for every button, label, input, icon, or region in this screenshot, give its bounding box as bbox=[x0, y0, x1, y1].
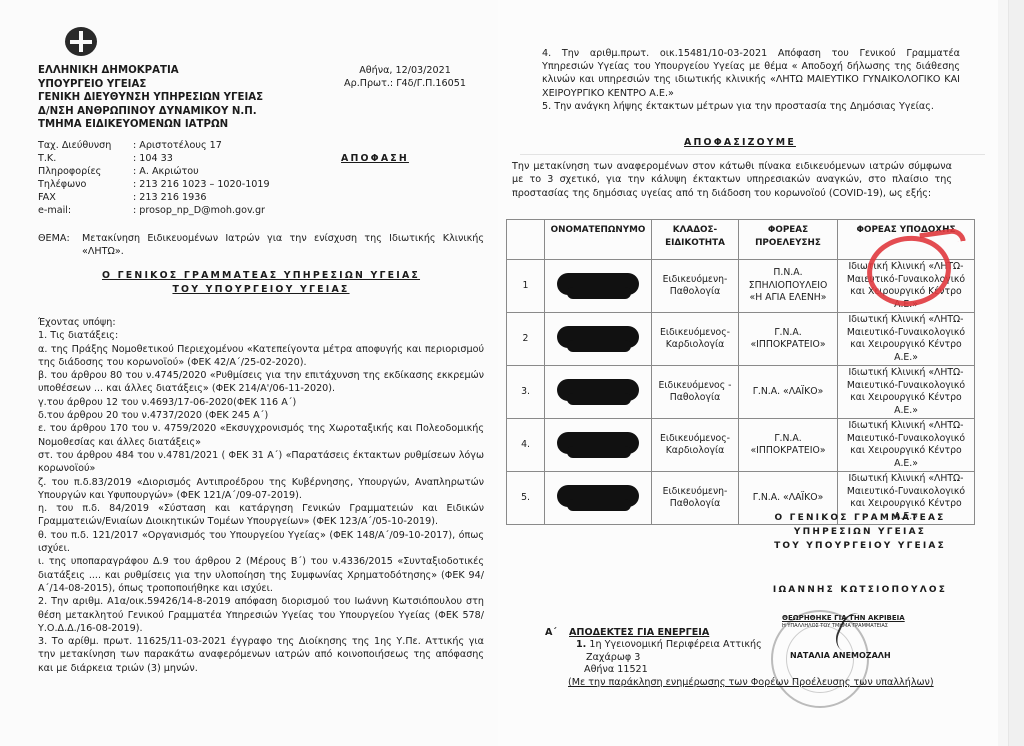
row-number: 2 bbox=[507, 313, 545, 366]
contact-value: : 213 216 1936 bbox=[133, 191, 206, 204]
signature-title-line: Ο ΓΕΝΙΚΟΣ ΓΡΑΜΜΑΤΕΑΣ bbox=[725, 511, 995, 525]
authority-title: Ο ΓΕΝΙΚΟΣ ΓΡΑΜΜΑΤΕΑΣ ΥΠΗΡΕΣΙΩΝ ΥΓΕΙΑΣ ΤΟ… bbox=[38, 269, 484, 297]
origin-cell: Γ.Ν.Α. «ΙΠΠΟΚΡΑΤΕΙΟ» bbox=[739, 419, 838, 472]
redaction-mark bbox=[557, 485, 639, 507]
host-cell: Ιδιωτική Κλινική «ΛΗΤΩ-Μαιευτικό-Γυναικο… bbox=[838, 313, 975, 366]
contact-value: : Αριστοτέλους 17 bbox=[133, 139, 222, 152]
recipients-marker: Α΄ bbox=[545, 626, 557, 639]
consideration-item: ι. της υποπαραγράφου Δ.9 του άρθρου 2 (Μ… bbox=[38, 555, 484, 595]
consideration-item: γ.του άρθρου 12 του ν.4693/17-06-2020(ΦΕ… bbox=[38, 396, 484, 409]
contact-row: FAX: 213 216 1936 bbox=[38, 191, 338, 204]
signatory-name: ΙΩΑΝΝΗΣ ΚΩΤΣΙΟΠΟΥΛΟΣ bbox=[760, 585, 960, 595]
contact-block: Ταχ. Διεύθυνση: Αριστοτέλους 17 Τ.Κ.: 10… bbox=[38, 139, 338, 217]
table-row: 3.Ειδικευόμενος - ΠαθολογίαΓ.Ν.Α. «ΛΑΪΚΟ… bbox=[507, 366, 975, 419]
subject-label: ΘΕΜΑ: bbox=[38, 232, 82, 258]
subject-text: Μετακίνηση Ειδικευομένων Ιατρών για την … bbox=[82, 232, 484, 258]
contact-value: : 213 216 1023 – 1020-1019 bbox=[133, 178, 270, 191]
consideration-item: 1. Τις διατάξεις: bbox=[38, 329, 484, 342]
row-number: 3. bbox=[507, 366, 545, 419]
letterhead-line: Δ/ΝΣΗ ΑΝΘΡΩΠΙΝΟΥ ΔΥΝΑΜΙΚΟΥ Ν.Π. bbox=[38, 105, 298, 119]
redaction-mark bbox=[557, 379, 639, 401]
col-header-origin: ΦΟΡΕΑΣ ΠΡΟΕΛΕΥΣΗΣ bbox=[739, 220, 838, 260]
col-header-specialty: ΚΛΑΔΟΣ-ΕΙΔΙΚΟΤΗΤΑ bbox=[652, 220, 739, 260]
origin-cell: Γ.Ν.Α. «ΙΠΠΟΚΡΑΤΕΙΟ» bbox=[739, 313, 838, 366]
redaction-mark bbox=[557, 432, 639, 454]
consideration-item: στ. του άρθρου 484 του ν.4781/2021 ( ΦΕΚ… bbox=[38, 449, 484, 476]
authority-title-line: Ο ΓΕΝΙΚΟΣ ΓΡΑΜΜΑΤΕΑΣ ΥΠΗΡΕΣΙΩΝ ΥΓΕΙΑΣ bbox=[38, 269, 484, 283]
stamp-name: ΝΑΤΑΛΙΑ ΑΝΕΜΟΖΑΛΗ bbox=[790, 651, 910, 660]
col-header-num bbox=[507, 220, 545, 260]
decision-title: ΑΠΟΦΑΣΗ bbox=[340, 153, 410, 164]
recipient-line: Ζαχάρωφ 3 bbox=[576, 652, 796, 665]
contact-label: e-mail: bbox=[38, 204, 133, 217]
signature-title-line: ΤΟΥ ΥΠΟΥΡΓΕΙΟΥ ΥΓΕΙΑΣ bbox=[725, 539, 995, 553]
contact-label: Τ.Κ. bbox=[38, 152, 133, 165]
contact-value: : prosop_np_D@moh.gov.gr bbox=[133, 204, 265, 217]
greek-coat-of-arms-icon bbox=[65, 27, 97, 56]
name-cell-redacted bbox=[545, 472, 652, 525]
contact-label: Πληροφορίες bbox=[38, 165, 133, 178]
consideration-item: 4. Την αριθμ.πρωτ. οικ.15481/10-03-2021 … bbox=[542, 47, 960, 100]
contact-label: FAX bbox=[38, 191, 133, 204]
contact-value: : 104 33 bbox=[133, 152, 173, 165]
origin-cell: Γ.Ν.Α. «ΛΑΪΚΟ» bbox=[739, 366, 838, 419]
row-number: 4. bbox=[507, 419, 545, 472]
row-number: 5. bbox=[507, 472, 545, 525]
name-cell-redacted bbox=[545, 419, 652, 472]
signature-title-line: ΥΠΗΡΕΣΙΩΝ ΥΓΕΙΑΣ bbox=[725, 525, 995, 539]
stamp-line: Η ΥΠΑΛΛΗΛΟΣ ΤΟΥ ΤΜΗΜΑ ΓΡΑΜΜΑΤΕΙΑΣ bbox=[782, 623, 912, 630]
subject-block: ΘΕΜΑ: Μετακίνηση Ειδικευομένων Ιατρών γι… bbox=[38, 232, 484, 258]
name-cell-redacted bbox=[545, 313, 652, 366]
letterhead-line: ΕΛΛΗΝΙΚΗ ΔΗΜΟΚΡΑΤΙΑ bbox=[38, 64, 298, 78]
consideration-item: 5. Την ανάγκη λήψης έκτακτων μέτρων για … bbox=[542, 100, 960, 113]
specialty-cell: Ειδικευόμενος - Παθολογία bbox=[652, 366, 739, 419]
considerations-intro: Έχοντας υπόψη: bbox=[38, 316, 484, 329]
consideration-item: δ.του άρθρου 20 του ν.4737/2020 (ΦΕΚ 245… bbox=[38, 409, 484, 422]
name-cell-redacted bbox=[545, 366, 652, 419]
origin-cell: Π.Ν.Α. ΣΠΗΛΙΟΠΟΥΛΕΙΟ «Η ΑΓΙΑ ΕΛΕΝΗ» bbox=[739, 260, 838, 313]
stamp-line: ΘΕΩΡΗΘΗΚΕ ΓΙΑ ΤΗΝ ΑΚΡΙΒΕΙΑ bbox=[782, 614, 912, 623]
contact-row: e-mail:: prosop_np_D@moh.gov.gr bbox=[38, 204, 338, 217]
recipient-block: 1. 1η Υγειονομική Περιφέρεια Αττικής Ζαχ… bbox=[576, 639, 796, 677]
contact-row: Τ.Κ.: 104 33 bbox=[38, 152, 338, 165]
contact-value: : Α. Ακριώτου bbox=[133, 165, 199, 178]
redaction-mark bbox=[557, 326, 639, 348]
decide-title: ΑΠΟΦΑΣΙΖΟΥΜΕ bbox=[680, 137, 800, 148]
specialty-cell: Ειδικευόμενη-Παθολογία bbox=[652, 260, 739, 313]
decide-text: Την μετακίνηση των αναφερομένων στον κάτ… bbox=[512, 160, 952, 200]
recipient-number: 1. bbox=[576, 639, 586, 650]
divider bbox=[520, 154, 985, 155]
consideration-item: θ. του π.δ. 121/2017 «Οργανισμός του Υπο… bbox=[38, 529, 484, 556]
recipient-note: (Με την παράκληση ενημέρωσης των Φορέων … bbox=[568, 676, 934, 689]
letterhead: ΕΛΛΗΝΙΚΗ ΔΗΜΟΚΡΑΤΙΑ ΥΠΟΥΡΓΕΙΟ ΥΓΕΙΑΣ ΓΕΝ… bbox=[38, 64, 298, 132]
contact-label: Ταχ. Διεύθυνση bbox=[38, 139, 133, 152]
consideration-item: ζ. του π.δ.83/2019 «Διορισμός Αντιπροέδρ… bbox=[38, 476, 484, 503]
recipients-title: ΑΠΟΔΕΚΤΕΣ ΓΙΑ ΕΝΕΡΓΕΙΑ bbox=[569, 626, 709, 639]
consideration-item: β. του άρθρου 80 του ν.4745/2020 «Ρυθμίσ… bbox=[38, 369, 484, 396]
table-row: 4.Ειδικευόμενος-ΚαρδιολογίαΓ.Ν.Α. «ΙΠΠΟΚ… bbox=[507, 419, 975, 472]
page-edge bbox=[1008, 0, 1024, 746]
contact-label: Τηλέφωνο bbox=[38, 178, 133, 191]
col-header-name: ΟΝΟΜΑΤΕΠΩΝΥΜΟ bbox=[545, 220, 652, 260]
protocol-number: Αρ.Πρωτ.: Γ4δ/Γ.Π.16051 bbox=[325, 77, 485, 90]
row-number: 1 bbox=[507, 260, 545, 313]
signature-title: Ο ΓΕΝΙΚΟΣ ΓΡΑΜΜΑΤΕΑΣ ΥΠΗΡΕΣΙΩΝ ΥΓΕΙΑΣ ΤΟ… bbox=[725, 511, 995, 553]
letterhead-line: ΓΕΝΙΚΗ ΔΙΕΥΘΥΝΣΗ ΥΠΗΡΕΣΙΩΝ ΥΓΕΙΑΣ bbox=[38, 91, 298, 105]
letterhead-line: ΥΠΟΥΡΓΕΙΟ ΥΓΕΙΑΣ bbox=[38, 78, 298, 92]
host-cell: Ιδιωτική Κλινική «ΛΗΤΩ-Μαιευτικό-Γυναικο… bbox=[838, 366, 975, 419]
authority-title-line: ΤΟΥ ΥΠΟΥΡΓΕΙΟΥ ΥΓΕΙΑΣ bbox=[38, 283, 484, 297]
specialty-cell: Ειδικευόμενος-Καρδιολογία bbox=[652, 419, 739, 472]
consideration-item: ε. του άρθρου 170 του ν. 4759/2020 «Εκσυ… bbox=[38, 422, 484, 449]
contact-row: Πληροφορίες: Α. Ακριώτου bbox=[38, 165, 338, 178]
host-cell: Ιδιωτική Κλινική «ΛΗΤΩ-Μαιευτικό-Γυναικο… bbox=[838, 419, 975, 472]
contact-row: Ταχ. Διεύθυνση: Αριστοτέλους 17 bbox=[38, 139, 338, 152]
recipient-line: Αθήνα 11521 bbox=[576, 664, 796, 677]
consideration-item: η. του π.δ. 84/2019 «Σύσταση και κατάργη… bbox=[38, 502, 484, 529]
redaction-mark bbox=[557, 273, 639, 295]
considerations-continued: 4. Την αριθμ.πρωτ. οικ.15481/10-03-2021 … bbox=[542, 47, 960, 113]
certification-stamp: ΘΕΩΡΗΘΗΚΕ ΓΙΑ ΤΗΝ ΑΚΡΙΒΕΙΑ Η ΥΠΑΛΛΗΛΟΣ Τ… bbox=[782, 614, 912, 630]
considerations-list: Έχοντας υπόψη: 1. Τις διατάξεις: α. της … bbox=[38, 316, 484, 675]
name-cell-redacted bbox=[545, 260, 652, 313]
consideration-item: 3. Το αρίθμ. πρωτ. 11625/11-03-2021 έγγρ… bbox=[38, 635, 484, 675]
date-line: Αθήνα, 12/03/2021 bbox=[325, 64, 485, 77]
date-protocol: Αθήνα, 12/03/2021 Αρ.Πρωτ.: Γ4δ/Γ.Π.1605… bbox=[325, 64, 485, 90]
letterhead-line: ΤΜΗΜΑ ΕΙΔΙΚΕΥΟΜΕΝΩΝ ΙΑΤΡΩΝ bbox=[38, 118, 298, 132]
specialty-cell: Ειδικευόμενος-Καρδιολογία bbox=[652, 313, 739, 366]
contact-row: Τηλέφωνο: 213 216 1023 – 1020-1019 bbox=[38, 178, 338, 191]
consideration-item: α. της Πράξης Νομοθετικού Περιεχομένου «… bbox=[38, 343, 484, 370]
table-row: 2Ειδικευόμενος-ΚαρδιολογίαΓ.Ν.Α. «ΙΠΠΟΚΡ… bbox=[507, 313, 975, 366]
consideration-item: 2. Την αριθμ. Α1α/οικ.59426/14-8-2019 απ… bbox=[38, 595, 484, 635]
recipient-line: 1η Υγειονομική Περιφέρεια Αττικής bbox=[589, 639, 761, 650]
